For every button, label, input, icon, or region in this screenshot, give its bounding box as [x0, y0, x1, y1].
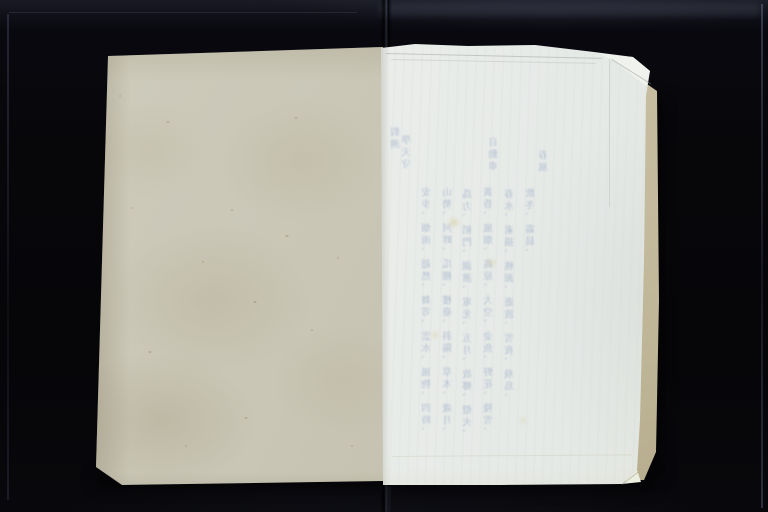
showthrough-text-column: 春風 [539, 150, 550, 174]
book-photo: 假溯 學天守 自動車 春風 安步、烟雨、超然、舞雩、雲水、風物、四時、 山勢、河… [0, 0, 768, 512]
showthrough-text-column: 飲冬、霜晨、 [526, 188, 537, 260]
showthrough-text-column: 自動車 [489, 137, 500, 173]
showthrough-text-column: 安步、烟雨、超然、舞雩、雲水、風物、四時、 [422, 187, 433, 439]
showthrough-text-column: 山勢、河畔、瓜棚、樓臺、斜陽、草木、歲月、 [443, 187, 454, 439]
showthrough-text-column: 學天守 [402, 135, 413, 171]
showthrough-text-column: 黃昏、風烟、高原、大空、金魚、野花、殘雪、 [484, 187, 495, 439]
showthrough-text-column: 爲力、稻門、湖濱、電光、五月、故鄉、燈火、 [463, 189, 474, 441]
showthrough-text-block: 假溯 學天守 自動車 春風 安步、烟雨、超然、舞雩、雲水、風物、四時、 山勢、河… [0, 0, 768, 512]
showthrough-text-column: 春水、素描、桃源、逝波、雪夜、飛鳥、 [505, 189, 516, 405]
showthrough-text-column: 假溯 [391, 127, 402, 151]
